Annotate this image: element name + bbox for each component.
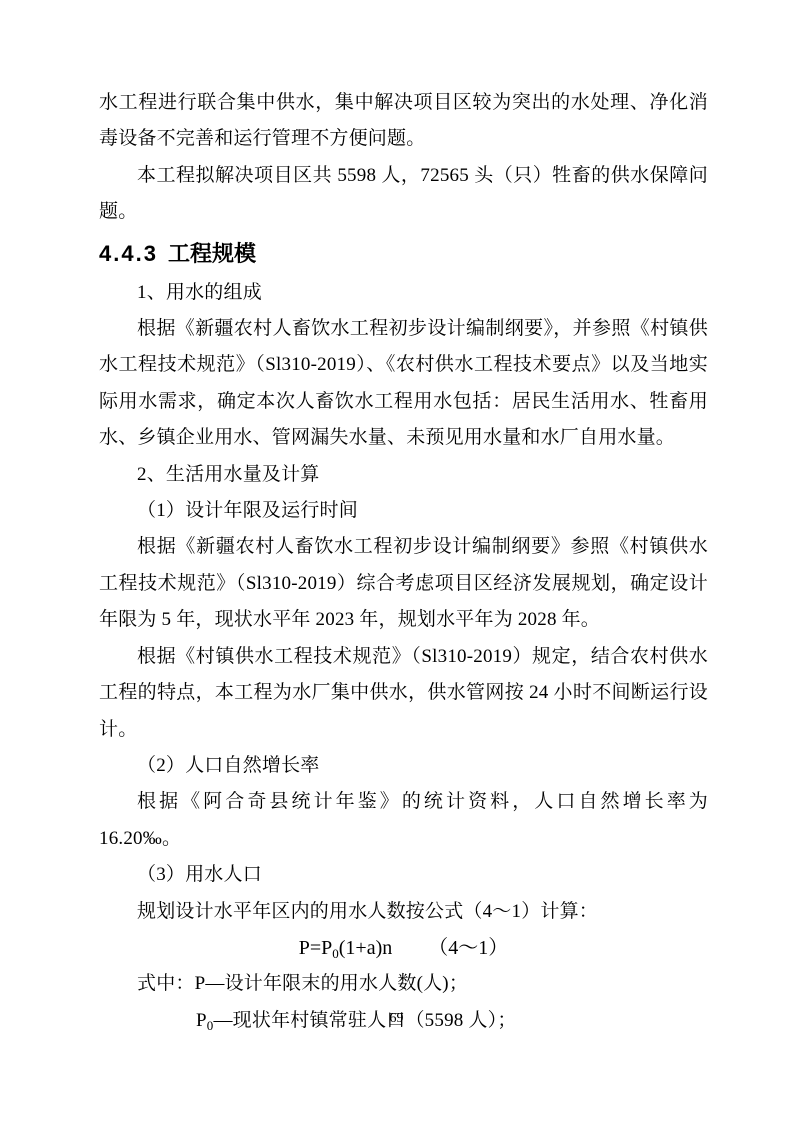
paragraph-design-period-title: （1）设计年限及运行时间	[99, 493, 708, 529]
formula-lhs: P=P	[299, 937, 333, 959]
where-intro: 式中：	[137, 973, 195, 994]
paragraph-formula-intro: 规划设计水平年区内的用水人数按公式（4～1）计算：	[99, 894, 708, 930]
formula-expression: P=P0(1+a)n	[299, 937, 393, 959]
paragraph-growth-rate-title: （2）人口自然增长率	[99, 748, 708, 784]
paragraph-project-beneficiaries: 本工程拟解决项目区共 5598 人，72565 头（只）牲畜的供水保障问题。	[99, 158, 708, 231]
paragraph-water-composition-title: 1、用水的组成	[99, 275, 708, 311]
formula-number: （4～1）	[428, 937, 508, 959]
paragraph-growth-rate-body: 根据《阿合奇县统计年鉴》的统计资料，人口自然增长率为 16.20‰。	[99, 784, 708, 857]
document-page: 水工程进行联合集中供水，集中解决项目区较为突出的水处理、净化消毒设备不完善和运行…	[0, 0, 793, 1122]
section-number: 4.4.3	[99, 241, 158, 266]
paragraph-living-water-title: 2、生活用水量及计算	[99, 457, 708, 493]
paragraph-water-population-title: （3）用水人口	[99, 857, 708, 893]
section-title: 工程规模	[168, 241, 256, 266]
page-number: 69	[0, 1010, 793, 1028]
section-heading: 4.4.3工程规模	[99, 239, 708, 269]
paragraph-supply-overflow: 水工程进行联合集中供水，集中解决项目区较为突出的水处理、净化消毒设备不完善和运行…	[99, 85, 708, 158]
page-content: 水工程进行联合集中供水，集中解决项目区较为突出的水处理、净化消毒设备不完善和运行…	[99, 85, 708, 1039]
paragraph-water-composition-body: 根据《新疆农村人畜饮水工程初步设计编制纲要》，并参照《村镇供水工程技术规范》（S…	[99, 311, 708, 457]
formula-rhs: (1+a)n	[339, 937, 392, 959]
where-p-definition: P—设计年限末的用水人数(人)；	[195, 973, 468, 994]
paragraph-design-period-body: 根据《新疆农村人畜饮水工程初步设计编制纲要》参照《村镇供水工程技术规范》（Sl3…	[99, 529, 708, 638]
formula-line: P=P0(1+a)n（4～1）	[99, 930, 708, 966]
formula-term-p: 式中：P—设计年限末的用水人数(人)；	[99, 966, 708, 1002]
paragraph-operation-body: 根据《村镇供水工程技术规范》（Sl310-2019）规定，结合农村供水工程的特点…	[99, 639, 708, 748]
